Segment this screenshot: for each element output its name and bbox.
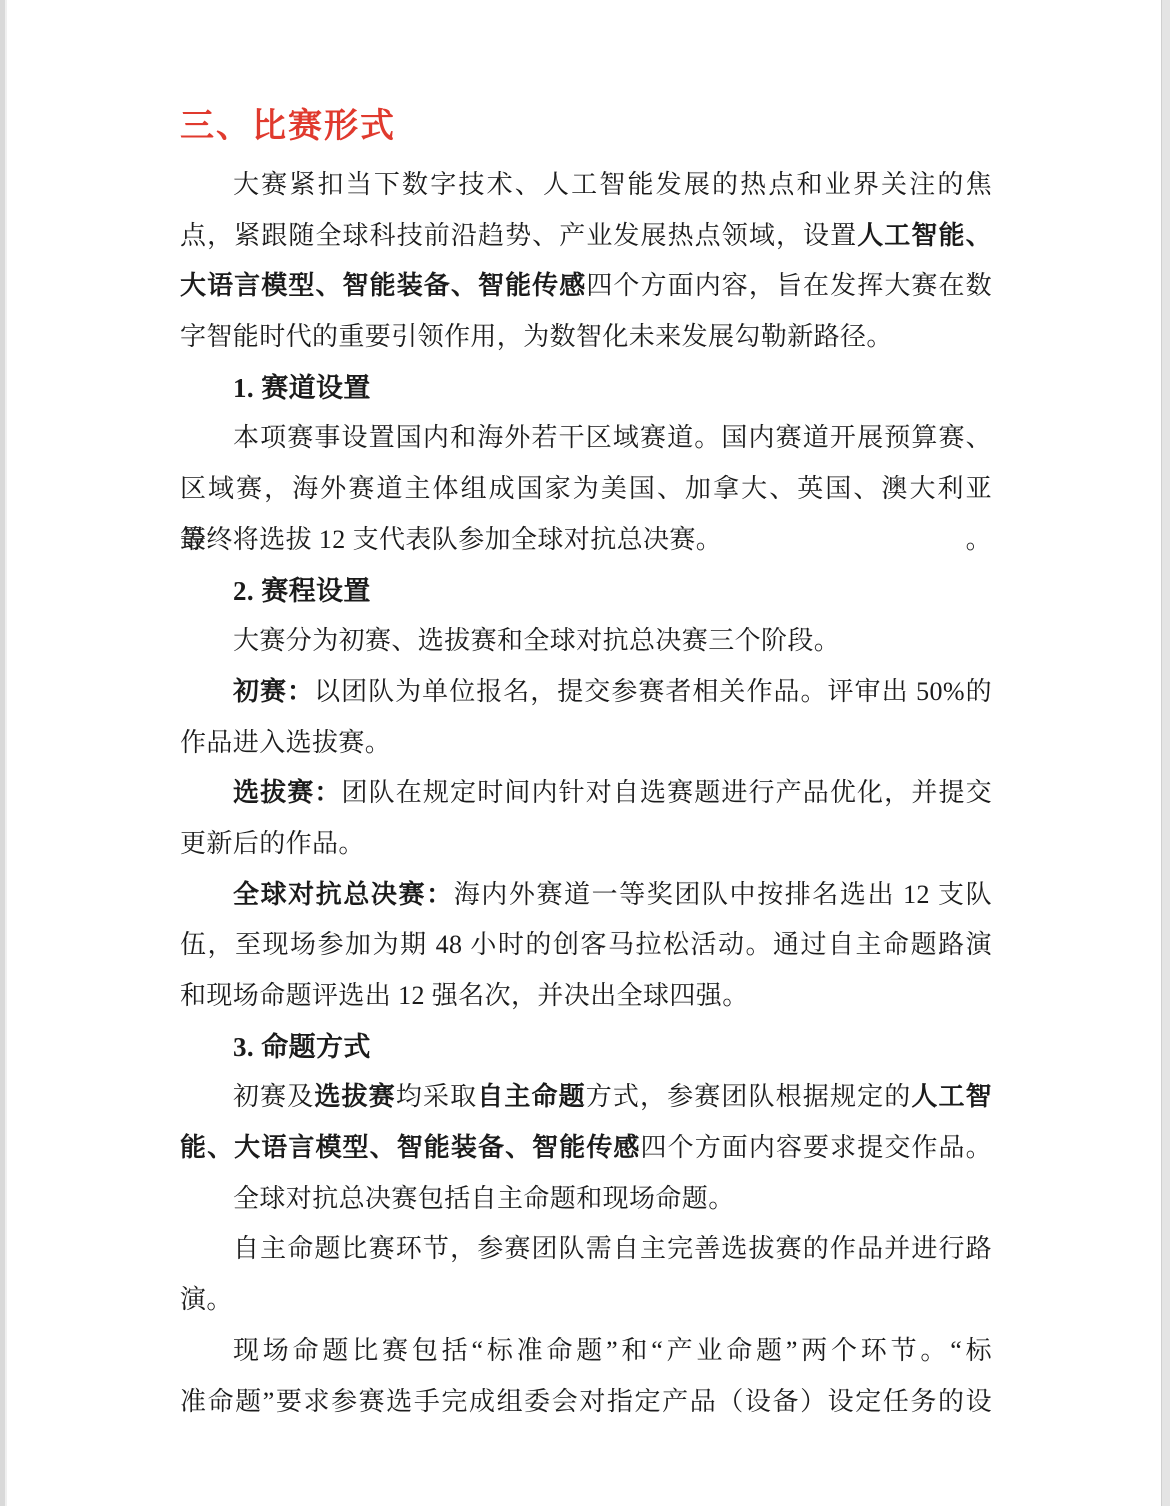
- text-run: 以团队为单位报名，提交参赛者相关作品。评审出 50%的: [314, 677, 992, 706]
- paragraph-line: 准命题”要求参赛选手完成组委会对指定产品（设备）设定任务的设: [180, 1377, 992, 1428]
- text-run: 初赛及: [233, 1082, 314, 1111]
- paragraph-line: 更新后的作品。: [180, 819, 992, 870]
- paragraph-line: 自主命题比赛环节，参赛团队需自主完善选拔赛的作品并进行路: [180, 1224, 992, 1275]
- subsection-heading: 2. 赛程设置: [180, 566, 992, 617]
- page-right-gutter: [1161, 0, 1170, 1506]
- paragraph-line: 伍，至现场参加为期 48 小时的创客马拉松活动。通过自主命题路演: [180, 920, 992, 971]
- paragraph-line: 作品进入选拔赛。: [180, 718, 992, 769]
- subsection-heading: 3. 命题方式: [180, 1022, 992, 1073]
- paragraph-line: 全球对抗总决赛：海内外赛道一等奖团队中按排名选出 12 支队: [180, 870, 992, 921]
- bold-text-run: 2. 赛程设置: [233, 576, 371, 606]
- text-run: 作品进入选拔赛。: [180, 728, 391, 757]
- text-run: 本项赛事设置国内和海外若干区域赛道。国内赛道开展预算赛、: [233, 423, 992, 452]
- page-left-gutter: [0, 0, 7, 1506]
- text-run: 和现场命题评选出 12 强名次，并决出全球四强。: [180, 981, 749, 1010]
- paragraph-line: 字智能时代的重要引领作用，为数智化未来发展勾勒新路径。: [180, 312, 992, 363]
- text-run: 大赛分为初赛、选拔赛和全球对抗总决赛三个阶段。: [233, 626, 840, 655]
- text-run: 大赛紧扣当下数字技术、人工智能发展的热点和业界关注的焦: [233, 170, 992, 199]
- paragraph-line: 大赛分为初赛、选拔赛和全球对抗总决赛三个阶段。: [180, 616, 992, 667]
- text-run: 伍，至现场参加为期 48 小时的创客马拉松活动。通过自主命题路演: [180, 930, 992, 959]
- bold-text-run: 1. 赛道设置: [233, 373, 371, 403]
- text-run: 团队在规定时间内针对自选赛题进行产品优化，并提交: [342, 778, 992, 807]
- subsection-heading: 1. 赛道设置: [180, 363, 992, 414]
- bold-text-run: 全球对抗总决赛：: [233, 880, 454, 909]
- bold-text-run: 选拔赛：: [233, 778, 342, 807]
- text-run: 最终将选拔 12 支代表队参加全球对抗总决赛。: [180, 525, 722, 554]
- paragraph-line: 初赛：以团队为单位报名，提交参赛者相关作品。评审出 50%的: [180, 667, 992, 718]
- paragraph-line: 点，紧跟随全球科技前沿趋势、产业发展热点领域，设置人工智能、: [180, 211, 992, 262]
- bold-text-run: 能、大语言模型、智能装备、智能传感: [180, 1133, 641, 1162]
- paragraph-line: 区域赛，海外赛道主体组成国家为美国、加拿大、英国、澳大利亚等。: [180, 464, 992, 515]
- text-run: 四个方面内容，旨在发挥大赛在数: [586, 271, 992, 300]
- paragraph-line: 大语言模型、智能装备、智能传感四个方面内容，旨在发挥大赛在数: [180, 261, 992, 312]
- bold-text-run: 初赛：: [233, 677, 314, 706]
- paragraph-line: 和现场命题评选出 12 强名次，并决出全球四强。: [180, 971, 992, 1022]
- paragraph-line: 能、大语言模型、智能装备、智能传感四个方面内容要求提交作品。: [180, 1123, 992, 1174]
- document-body: 大赛紧扣当下数字技术、人工智能发展的热点和业界关注的焦点，紧跟随全球科技前沿趋势…: [180, 160, 992, 1427]
- text-run: 准命题”要求参赛选手完成组委会对指定产品（设备）设定任务的设: [180, 1387, 992, 1416]
- text-run: 自主命题比赛环节，参赛团队需自主完善选拔赛的作品并进行路: [233, 1234, 992, 1263]
- text-run: 四个方面内容要求提交作品。: [641, 1133, 992, 1162]
- paragraph-line: 现场命题比赛包括“标准命题”和“产业命题”两个环节。“标: [180, 1326, 992, 1377]
- paragraph-line: 全球对抗总决赛包括自主命题和现场命题。: [180, 1174, 992, 1225]
- text-run: 字智能时代的重要引领作用，为数智化未来发展勾勒新路径。: [180, 322, 893, 351]
- document-page: 三、比赛形式 大赛紧扣当下数字技术、人工智能发展的热点和业界关注的焦点，紧跟随全…: [7, 0, 1161, 1506]
- text-run: 演。: [180, 1285, 233, 1314]
- section-heading: 三、比赛形式: [180, 100, 992, 152]
- bold-text-run: 选拔赛: [314, 1082, 395, 1111]
- paragraph-line: 演。: [180, 1275, 992, 1326]
- text-run: 点，紧跟随全球科技前沿趋势、产业发展热点领域，设置: [180, 221, 857, 250]
- text-run: 现场命题比赛包括“标准命题”和“产业命题”两个环节。“标: [233, 1336, 992, 1365]
- bold-text-run: 人工智能、: [857, 221, 992, 250]
- bold-text-run: 大语言模型、智能装备、智能传感: [180, 271, 586, 300]
- text-run: 海内外赛道一等奖团队中按排名选出 12 支队: [454, 880, 992, 909]
- text-run: 全球对抗总决赛包括自主命题和现场命题。: [233, 1184, 735, 1213]
- paragraph-line: 本项赛事设置国内和海外若干区域赛道。国内赛道开展预算赛、: [180, 413, 992, 464]
- paragraph-line: 初赛及选拔赛均采取自主命题方式，参赛团队根据规定的人工智: [180, 1072, 992, 1123]
- paragraph-line: 选拔赛：团队在规定时间内针对自选赛题进行产品优化，并提交: [180, 768, 992, 819]
- paragraph-line: 大赛紧扣当下数字技术、人工智能发展的热点和业界关注的焦: [180, 160, 992, 211]
- bold-text-run: 自主命题: [477, 1082, 586, 1111]
- bold-text-run: 3. 命题方式: [233, 1032, 371, 1062]
- text-run: 方式，参赛团队根据规定的: [586, 1082, 912, 1111]
- text-run: 均采取: [396, 1082, 477, 1111]
- bold-text-run: 人工智: [911, 1082, 992, 1111]
- text-run: 更新后的作品。: [180, 829, 365, 858]
